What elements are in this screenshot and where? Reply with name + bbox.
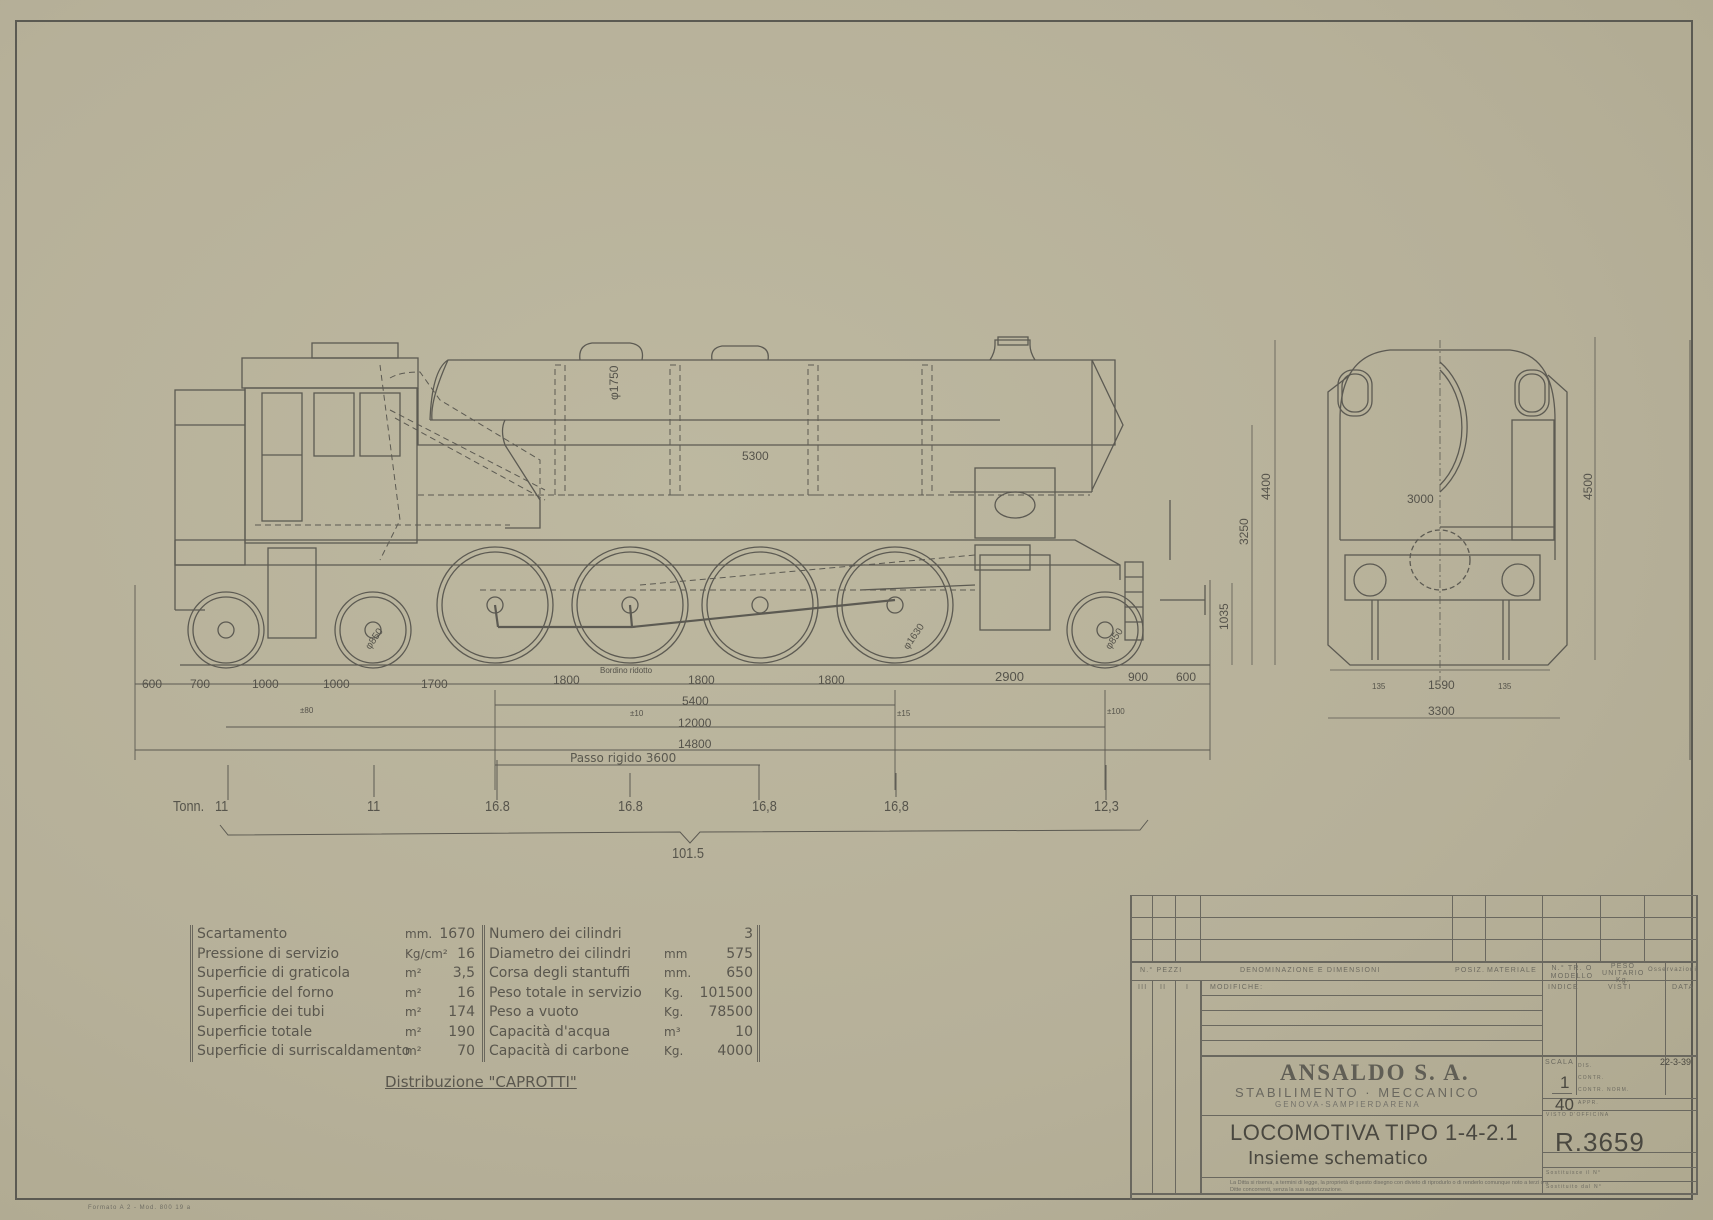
- title-block: N.° PEZZI DENOMINAZIONE E DIMENSIONI POS…: [1130, 895, 1698, 1200]
- dim-segment-4: 1700: [421, 677, 448, 691]
- approval-check: CONTR.: [1578, 1075, 1604, 1081]
- scale-numerator: 1: [1560, 1073, 1569, 1093]
- dim-segment-5: 1800: [553, 673, 580, 687]
- approval-draw: DIS.: [1578, 1063, 1593, 1069]
- rev-header-I: I: [1186, 984, 1189, 991]
- spec-row: Corsa degli stantuffimm.650: [489, 964, 757, 984]
- replaces-label: Sostituisce il N°: [1546, 1170, 1601, 1176]
- total-wheelbase-label: 12000: [678, 716, 712, 730]
- trailing-wheel-diameter: φ850: [363, 626, 386, 652]
- coupled-wheel-diameter: φ1630: [901, 622, 927, 652]
- drawing-subtitle: Insieme schematico: [1248, 1148, 1428, 1169]
- spec-row: Superficie di graticolam²3,5: [197, 964, 479, 984]
- axle-load-3: 16.8: [618, 798, 643, 815]
- dim-segment-0: 600: [142, 677, 162, 691]
- drawing-number: R.3659: [1555, 1127, 1645, 1158]
- axle-load-1: 11: [367, 798, 380, 815]
- drawing-date: 22-3-39: [1660, 1057, 1691, 1067]
- header-pieces: N.° PEZZI: [1140, 967, 1182, 974]
- side-play-3: ±100: [1107, 707, 1125, 716]
- leading-wheel-diameter: φ850: [1103, 626, 1126, 652]
- header-notes: Osservazioni: [1648, 967, 1697, 973]
- header-unit-weight: PESO UNITARIO Kg.: [1602, 963, 1644, 984]
- dim-segment-8: 2900: [995, 669, 1024, 684]
- spec-row: Superficie del fornom²16: [197, 984, 479, 1004]
- axle-load-arrows: [220, 760, 1148, 843]
- dim-segment-7: 1800: [818, 673, 845, 687]
- length-over-buffers-label: 14800: [678, 737, 712, 751]
- rev-header-modifications: MODIFICHE:: [1210, 984, 1263, 991]
- approval-workshop: VISTO D'OFFICINA: [1546, 1112, 1609, 1118]
- front-view: [1328, 337, 1690, 760]
- leading-wheel: [1067, 592, 1143, 668]
- copyright-disclaimer: La Ditta si riserva, a termini di legge,…: [1230, 1180, 1550, 1193]
- company-name: ANSALDO S. A.: [1280, 1060, 1470, 1086]
- scale-label: SCALA: [1545, 1059, 1574, 1066]
- drawing-title: LOCOMOTIVA TIPO 1-4-2.1: [1230, 1120, 1518, 1146]
- axle-load-4: 16,8: [752, 798, 777, 815]
- dim-segment-10: 600: [1176, 670, 1196, 684]
- company-city: GENOVA-SAMPIERDARENA: [1275, 1100, 1421, 1109]
- axle-load-2: 16.8: [485, 798, 510, 815]
- header-position: POSIZ.: [1455, 967, 1485, 974]
- axle-load-unit: Tonn.: [173, 798, 204, 815]
- rev-header-II: II: [1160, 984, 1166, 991]
- side-play-1: ±10: [630, 709, 644, 718]
- spec-row: Superficie dei tubim²174: [197, 1003, 479, 1023]
- dim-segment-9: 900: [1128, 670, 1148, 684]
- front-width-label: 3000: [1407, 492, 1434, 506]
- dim-segment-2: 1000: [252, 677, 279, 691]
- gauge-label: 1590: [1428, 678, 1455, 692]
- blueprint-sheet: φ1750 5300 4400 3250 1035 φ850 φ1630 φ85…: [0, 0, 1713, 1220]
- axle-load-5: 16,8: [884, 798, 909, 815]
- specs-boiler-column: Scartamentomm.1670 Pressione di servizio…: [190, 925, 479, 1062]
- side-play-0: ±80: [300, 706, 314, 715]
- spec-row: Capacità d'acquam³10: [489, 1023, 757, 1043]
- spec-row: Scartamentomm.1670: [197, 925, 479, 945]
- flange-note: Bordino ridotto: [600, 666, 653, 675]
- rail-offset-right: 135: [1498, 682, 1512, 691]
- coupled-wheelbase-label: 5400: [682, 694, 709, 708]
- boiler-diameter-label: φ1750: [607, 365, 621, 400]
- side-play-2: ±15: [897, 709, 911, 718]
- height-1035-label: 1035: [1217, 603, 1231, 630]
- dim-segment-1: 700: [190, 677, 210, 691]
- front-overall-width-label: 3300: [1428, 704, 1455, 718]
- rev-header-date: DATA: [1672, 984, 1694, 991]
- height-4400-label: 4400: [1259, 473, 1273, 500]
- dim-segment-6: 1800: [688, 673, 715, 687]
- height-3250-label: 3250: [1237, 518, 1251, 545]
- valve-gear-note: Distribuzione "CAPROTTI": [385, 1073, 577, 1091]
- spec-row: Superficie di surriscaldamentom²70: [197, 1042, 479, 1062]
- company-works: STABILIMENTO · MECCANICO: [1235, 1085, 1480, 1100]
- spec-row: Peso totale in servizioKg.101500: [489, 984, 757, 1004]
- dim-segment-3: 1000: [323, 677, 350, 691]
- axle-load-6: 12,3: [1094, 798, 1119, 815]
- spec-row: Superficie totalem²190: [197, 1023, 479, 1043]
- specs-engine-column: Numero dei cilindri3 Diametro dei cilind…: [482, 925, 760, 1062]
- front-height-label: 4500: [1581, 473, 1595, 500]
- approval-approve: APPR.: [1578, 1100, 1599, 1106]
- rev-header-index: INDICE: [1548, 984, 1579, 991]
- spec-row: Capacità di carboneKg.4000: [489, 1042, 757, 1062]
- spec-row: Peso a vuotoKg.78500: [489, 1003, 757, 1023]
- spec-row: Numero dei cilindri3: [489, 925, 757, 945]
- rev-header-III: III: [1138, 984, 1147, 991]
- axle-load-total: 101.5: [672, 845, 704, 862]
- axle-load-0: 11: [215, 798, 228, 815]
- spec-row: Diametro dei cilindrimm575: [489, 945, 757, 965]
- boiler-length-label: 5300: [742, 449, 769, 463]
- spec-row: Pressione di servizioKg/cm²16: [197, 945, 479, 965]
- side-view: [175, 337, 1275, 668]
- replaced-by-label: Sostituito dal N°: [1546, 1184, 1602, 1190]
- header-model: N.° TR. O MODELLO: [1544, 965, 1600, 981]
- rail-offset-left: 135: [1372, 682, 1386, 691]
- approval-standard: CONTR. NORM.: [1578, 1087, 1630, 1093]
- form-code: Formato A 2 - Mod. 800 19 a: [88, 1205, 191, 1211]
- header-material: MATERIALE: [1487, 967, 1537, 974]
- header-denomination: DENOMINAZIONE E DIMENSIONI: [1240, 967, 1381, 974]
- rigid-wheelbase-label: Passo rigido 3600: [570, 751, 676, 765]
- rev-header-approvals: VISTI: [1608, 984, 1632, 991]
